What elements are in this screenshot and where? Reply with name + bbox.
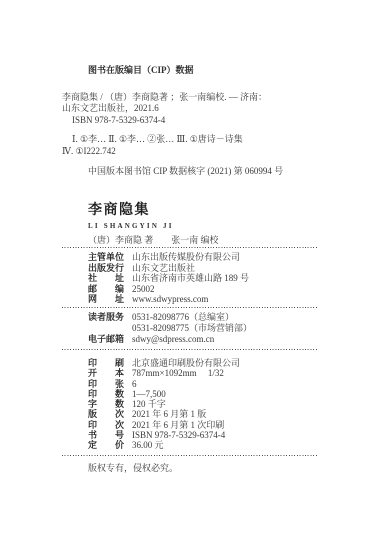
dotted-separator-2 bbox=[62, 307, 318, 309]
info-row-value: 山东文艺出版社 bbox=[132, 263, 195, 274]
info-row-value: 北京盛通印刷股份有限公司 bbox=[132, 358, 240, 368]
info-row-label bbox=[88, 323, 125, 334]
info-row-label: 印 张 bbox=[88, 379, 125, 389]
table-row: 出版发行 山东文艺出版社 bbox=[62, 263, 318, 274]
info-row-value: 0531-82098775（市场营销部） bbox=[132, 323, 252, 334]
table-row: 0531-82098775（市场营销部） bbox=[62, 323, 318, 334]
info-row-value: 1—7,500 bbox=[132, 389, 166, 399]
table-row: 印 刷 北京盛通印刷股份有限公司 bbox=[62, 358, 318, 368]
table-row: 电子邮箱 sdwy@sdpress.com.cn bbox=[62, 334, 318, 345]
info-row-value: 25002 bbox=[132, 284, 155, 295]
info-row-label: 主管单位 bbox=[88, 252, 125, 263]
author-line: （唐）李商隐 著 张一南 编校 bbox=[62, 233, 318, 246]
cip-description-line2: 山东文艺出版社，2021.6 bbox=[62, 103, 318, 114]
table-row: 印 张 6 bbox=[62, 379, 318, 389]
cip-header: 图书在版编目（CIP）数据 bbox=[62, 63, 318, 76]
book-title: 李商隐集 bbox=[62, 203, 318, 219]
info-row-value: 山东出版传媒股份有限公司 bbox=[132, 252, 240, 263]
table-row: 印 次 2021 年 6 月第 1 次印刷 bbox=[62, 420, 318, 430]
table-row: 版 次 2021 年 6 月第 1 版 bbox=[62, 409, 318, 419]
info-row-value: 山东省济南市英雄山路 189 号 bbox=[132, 273, 249, 284]
info-row-value: 787mm×1092mm 1/32 bbox=[132, 368, 224, 378]
table-row: 印 数 1—7,500 bbox=[62, 389, 318, 399]
cip-record-number: 中国版本图书馆 CIP 数据核字 (2021) 第 060994 号 bbox=[62, 166, 318, 177]
info-row-label: 版 次 bbox=[88, 409, 125, 419]
table-row: 定 价 36.00 元 bbox=[62, 440, 318, 450]
reader-service-table: 读者服务 0531-82098776（总编室） 0531-82098775（市场… bbox=[62, 312, 318, 345]
cip-description-line1: 李商隐集 / （唐）李商隐著 ；张一南编校. — 济南： bbox=[62, 92, 318, 103]
table-row: 社 址 山东省济南市英雄山路 189 号 bbox=[62, 273, 318, 284]
book-title-pinyin: LI SHANGYIN JI bbox=[62, 222, 318, 230]
info-row-label: 网 址 bbox=[88, 294, 125, 305]
info-row-label: 电子邮箱 bbox=[88, 334, 125, 345]
info-row-value: 120 千字 bbox=[132, 399, 166, 409]
table-row: 开 本 787mm×1092mm 1/32 bbox=[62, 368, 318, 378]
info-row-value: 2021 年 6 月第 1 次印刷 bbox=[132, 420, 224, 430]
info-row-value: 36.00 元 bbox=[132, 440, 164, 450]
info-row-value: 6 bbox=[132, 379, 137, 389]
table-row: 主管单位 山东出版传媒股份有限公司 bbox=[62, 252, 318, 263]
info-row-label: 印 刷 bbox=[88, 358, 125, 368]
cip-isbn-line: ISBN 978-7-5329-6374-4 bbox=[62, 115, 318, 126]
info-row-value: 2021 年 6 月第 1 版 bbox=[132, 409, 206, 419]
info-row-label: 开 本 bbox=[88, 368, 125, 378]
table-row: 书 号 ISBN 978-7-5329-6374-4 bbox=[62, 430, 318, 440]
info-row-value: 0531-82098776（总编室） bbox=[132, 312, 234, 323]
publisher-info-table: 主管单位 山东出版传媒股份有限公司 出版发行 山东文艺出版社 社 址 山东省济南… bbox=[62, 252, 318, 305]
info-row-label: 读者服务 bbox=[88, 312, 125, 323]
info-row-label: 定 价 bbox=[88, 440, 125, 450]
dotted-separator-3 bbox=[62, 349, 318, 351]
info-row-label: 出版发行 bbox=[88, 263, 125, 274]
dotted-separator-4 bbox=[62, 455, 318, 457]
table-row: 网 址 www.sdwypress.com bbox=[62, 294, 318, 305]
cip-classification-line2: Ⅳ. ①I222.742 bbox=[62, 146, 318, 157]
info-row-label: 邮 编 bbox=[88, 284, 125, 295]
info-row-label: 书 号 bbox=[88, 430, 125, 440]
dotted-separator-1 bbox=[62, 247, 318, 249]
table-row: 邮 编 25002 bbox=[62, 284, 318, 295]
info-row-value: ISBN 978-7-5329-6374-4 bbox=[132, 430, 225, 440]
info-row-value: sdwy@sdpress.com.cn bbox=[132, 334, 214, 345]
info-row-value: www.sdwypress.com bbox=[132, 294, 208, 305]
table-row: 字 数 120 千字 bbox=[62, 399, 318, 409]
print-info-table: 印 刷 北京盛通印刷股份有限公司 开 本 787mm×1092mm 1/32 印… bbox=[62, 358, 318, 451]
copyright-page: 图书在版编目（CIP）数据 李商隐集 / （唐）李商隐著 ；张一南编校. — 济… bbox=[0, 0, 375, 536]
info-row-label: 印 数 bbox=[88, 389, 125, 399]
cip-classification-line1: Ⅰ. ①李… Ⅱ. ①李… ②张… Ⅲ. ①唐诗－诗集 bbox=[62, 134, 318, 145]
info-row-label: 印 次 bbox=[88, 420, 125, 430]
copyright-notice: 版权专有，侵权必究。 bbox=[62, 461, 318, 474]
info-row-label: 字 数 bbox=[88, 399, 125, 409]
table-row: 读者服务 0531-82098776（总编室） bbox=[62, 312, 318, 323]
info-row-label: 社 址 bbox=[88, 273, 125, 284]
